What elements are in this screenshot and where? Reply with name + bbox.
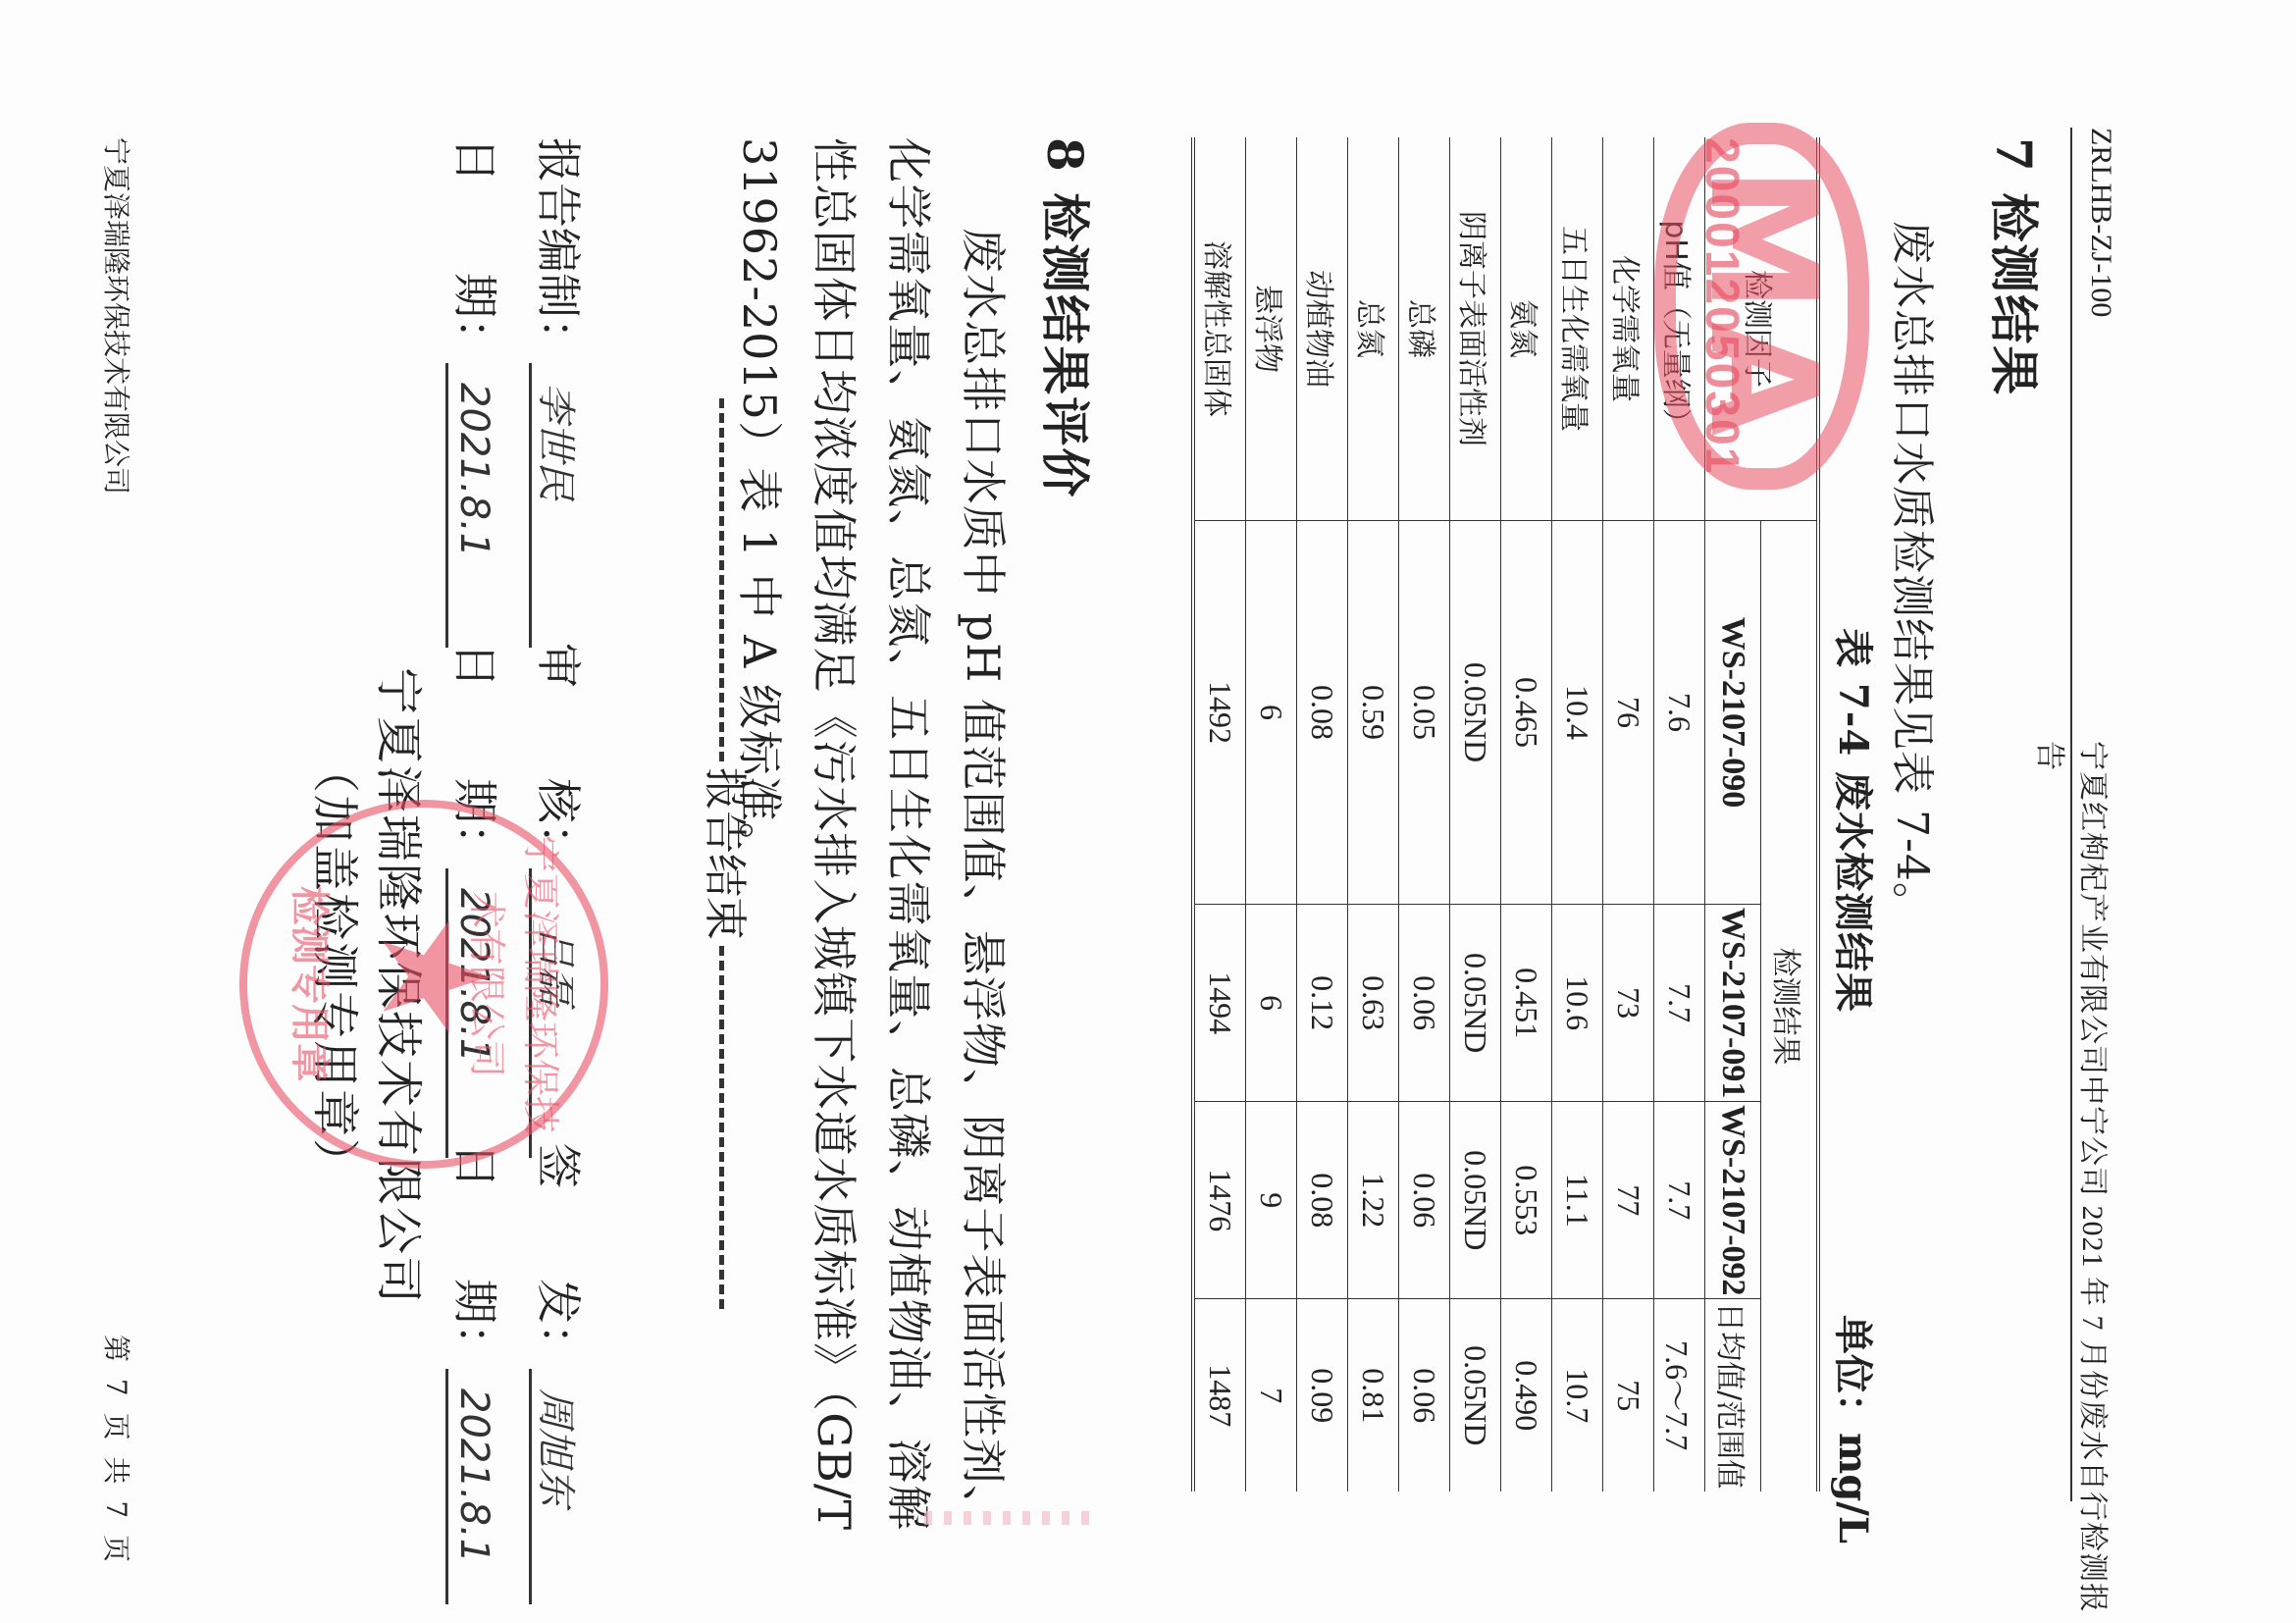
table-row: 总氮0.590.631.220.81 <box>1348 137 1399 1492</box>
value-cell: 11.1 <box>1552 1102 1603 1299</box>
value-cell: 77 <box>1603 1102 1654 1299</box>
factor-cell: 总磷 <box>1399 137 1450 521</box>
column-header: WS-2107-092 <box>1705 1102 1761 1299</box>
value-cell: 6 <box>1246 905 1297 1102</box>
prepared-date: 2021.8.1 <box>451 363 496 557</box>
section-8-heading: 8 检测结果评价 <box>1033 137 1104 498</box>
value-cell: 76 <box>1603 521 1654 905</box>
prepared-by-row: 报告编制：李世民 <box>529 137 594 648</box>
value-cell: 1492 <box>1193 521 1246 905</box>
prepared-date-field: 2021.8.1 <box>445 363 503 648</box>
issue-date-field: 2021.8.1 <box>445 1369 503 1604</box>
value-cell: 0.06 <box>1399 1102 1450 1299</box>
value-cell: 10.6 <box>1552 905 1603 1102</box>
column-header: 日均值/范围值 <box>1705 1299 1761 1492</box>
report-end-mark: 报告结束 <box>698 393 760 1315</box>
prepared-date-row: 日 期：2021.8.1 <box>445 137 510 648</box>
value-cell: 0.08 <box>1297 521 1348 905</box>
factor-cell: 总氮 <box>1348 137 1399 521</box>
footer-company: 宁夏泽瑞隆环保技术有限公司 <box>98 137 137 495</box>
page-number: 第 7 页 共 7 页 <box>98 1335 137 1566</box>
document-code: ZRLHB-ZJ-100 <box>2084 128 2117 317</box>
table-row: 阴离子表面活性剂0.05ND0.05ND0.05ND0.05ND <box>1450 137 1501 1492</box>
value-cell: 1476 <box>1193 1102 1246 1299</box>
issue-date: 2021.8.1 <box>451 1369 496 1563</box>
value-cell: 10.7 <box>1552 1299 1603 1492</box>
factor-cell: 氨氮 <box>1501 137 1552 521</box>
issue-row: 签 发：周旭东 <box>529 1143 594 1604</box>
table-row: 动植物油0.080.120.080.09 <box>1297 137 1348 1492</box>
column-header: WS-2107-091 <box>1705 905 1761 1102</box>
value-cell: 0.05ND <box>1450 1102 1501 1299</box>
factor-cell: 溶解性总固体 <box>1193 137 1246 521</box>
table-row: 氨氮0.4650.4510.5530.490 <box>1501 137 1552 1492</box>
value-cell: 0.05 <box>1399 521 1450 905</box>
value-cell: 0.09 <box>1297 1299 1348 1492</box>
table-unit: 单位：mg/L <box>1828 1315 1884 1544</box>
factor-cell: 动植物油 <box>1297 137 1348 521</box>
column-header: WS-2107-090 <box>1705 521 1761 905</box>
prepared-label: 报告编制： <box>532 137 585 363</box>
prepared-date-label: 日 期： <box>448 137 501 363</box>
report-page: ZRLHB-ZJ-100 宁夏红枸杞产业有限公司中宁公司 2021 年 7 月份… <box>0 0 2296 1623</box>
value-cell: 7 <box>1246 1299 1297 1492</box>
issue-label: 签 发： <box>532 1143 585 1369</box>
seal-star-icon: ★ <box>360 911 507 1042</box>
value-cell: 1494 <box>1193 905 1246 1102</box>
issue-signature: 周旭东 <box>533 1369 578 1506</box>
results-group-header: 检测结果 <box>1761 521 1819 1492</box>
value-cell: 0.06 <box>1399 1299 1450 1492</box>
value-cell: 9 <box>1246 1102 1297 1299</box>
section-7-heading: 7 检测结果 <box>1982 137 2053 396</box>
value-cell: 7.6 <box>1654 521 1705 905</box>
table-row: 化学需氧量76737775 <box>1603 137 1654 1492</box>
cma-stamp: MA <box>1654 123 1869 490</box>
scan-artifact <box>913 1511 1089 1525</box>
document-title: 宁夏红枸杞产业有限公司中宁公司 2021 年 7 月份废水自行检测报告 <box>2031 741 2117 1623</box>
table-row: 五日生化需氧量10.410.611.110.7 <box>1552 137 1603 1492</box>
table-row: 悬浮物6697 <box>1246 137 1297 1492</box>
prepared-signature: 李世民 <box>533 363 578 500</box>
report-end-text: 报告结束 <box>700 767 750 940</box>
value-cell: 6 <box>1246 521 1297 905</box>
table-row: 总磷0.050.060.060.06 <box>1399 137 1450 1492</box>
prepared-signature-field: 李世民 <box>529 363 587 648</box>
value-cell: 10.4 <box>1552 521 1603 905</box>
value-cell: 0.12 <box>1297 905 1348 1102</box>
value-cell: 73 <box>1603 905 1654 1102</box>
value-cell: 7.7 <box>1654 1102 1705 1299</box>
value-cell: 7.6～7.7 <box>1654 1299 1705 1492</box>
table-row: 溶解性总固体1492149414761487 <box>1193 137 1246 1492</box>
value-cell: 0.05ND <box>1450 905 1501 1102</box>
dash-right <box>719 946 724 1309</box>
value-cell: 0.05ND <box>1450 521 1501 905</box>
company-seal-stamp: 宁夏泽瑞隆环保技术有限公司 ★ 检测专用章 <box>239 800 608 1169</box>
section-7-intro: 废水总排口水质检测结果见表 7-4。 <box>1885 221 1948 926</box>
value-cell: 0.06 <box>1399 905 1450 1102</box>
factor-cell: 悬浮物 <box>1246 137 1297 521</box>
seal-inner-text: 检测专用章 <box>285 847 340 1122</box>
value-cell: 0.08 <box>1297 1102 1348 1299</box>
value-cell: 7.7 <box>1654 905 1705 1102</box>
issue-signature-field: 周旭东 <box>529 1369 587 1604</box>
value-cell: 0.490 <box>1501 1299 1552 1492</box>
factor-cell: 五日生化需氧量 <box>1552 137 1603 521</box>
value-cell: 75 <box>1603 1299 1654 1492</box>
value-cell: 0.465 <box>1501 521 1552 905</box>
header-divider <box>2070 128 2072 1501</box>
value-cell: 0.05ND <box>1450 1299 1501 1492</box>
issue-date-label: 日 期： <box>448 1143 501 1369</box>
results-body: pH值（无量纲）7.67.77.77.6～7.7化学需氧量76737775五日生… <box>1193 137 1705 1492</box>
dash-left <box>719 398 724 761</box>
factor-cell: 化学需氧量 <box>1603 137 1654 521</box>
factor-cell: 阴离子表面活性剂 <box>1450 137 1501 521</box>
value-cell: 0.81 <box>1348 1299 1399 1492</box>
issue-date-row: 日 期：2021.8.1 <box>445 1143 510 1604</box>
evaluation-paragraph: 废水总排口水质中 pH 值范围值、悬浮物、阴离子表面活性剂、化学需氧量、氨氮、总… <box>722 137 1020 1531</box>
value-cell: 0.553 <box>1501 1102 1552 1299</box>
value-cell: 0.63 <box>1348 905 1399 1102</box>
value-cell: 0.59 <box>1348 521 1399 905</box>
cma-number: 200012050301 <box>1695 137 1748 475</box>
value-cell: 1487 <box>1193 1299 1246 1492</box>
table-caption: 表 7-4 废水检测结果 <box>1828 628 1884 1013</box>
value-cell: 1.22 <box>1348 1102 1399 1299</box>
value-cell: 0.451 <box>1501 905 1552 1102</box>
